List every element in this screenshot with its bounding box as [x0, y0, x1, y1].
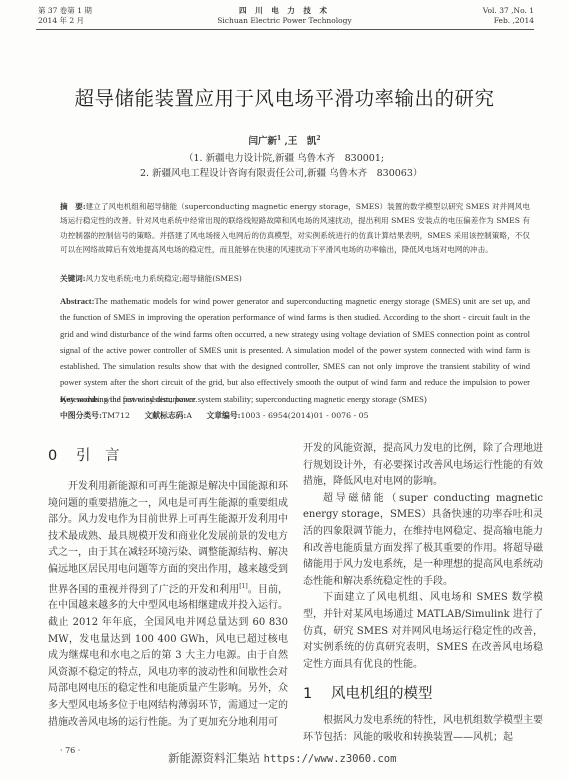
abstract-en-text: The mathematic models for wind power gen…	[60, 296, 530, 404]
body-paragraph-continued: 开发的风能资源，提高风力发电的比例，除了合理地进行规划设计外，有必要探讨改善风电…	[303, 441, 543, 491]
keywords-en: Key words: wind power system; power syst…	[60, 394, 530, 404]
section-number: 0	[48, 443, 76, 469]
paragraph-text: 。目前，在中国越来越多的大中型风电场相继建成并投入运行。截止 2012 年年底，…	[48, 584, 288, 728]
paper-title: 超导储能装置应用于风电场平滑功率输出的研究	[0, 83, 569, 111]
section-number: 1	[303, 681, 331, 707]
volume-issue-en: Vol. 37 ,No. 1	[483, 6, 534, 16]
keywords-cn-text: 风力发电系统;电力系统稳定;超导储能(SMES)	[86, 274, 242, 283]
abstract-cn-label: 摘 要:	[60, 202, 86, 211]
article-id-label: 文章编号:	[206, 411, 240, 420]
body-paragraph: 超导磁储能（super conducting magnetic energy s…	[303, 491, 543, 591]
date-en: Feb. ,2014	[483, 16, 534, 26]
doc-code-label: 文献标志码:	[144, 411, 186, 420]
article-id-value: 1003 - 6954(2014)01 - 0076 - 05	[241, 411, 369, 420]
page-number: · 76 ·	[60, 746, 80, 755]
issue-info-en: Vol. 37 ,No. 1 Feb. ,2014	[483, 6, 534, 26]
clc-label: 中图分类号:	[60, 411, 102, 420]
body-column-right: 开发的风能资源，提高风力发电的比例，除了合理地进行规划设计外，有必要探讨改善风电…	[303, 441, 543, 747]
citation-ref: [1]	[239, 583, 248, 590]
affiliation-2: 2. 新疆风电工程设计咨询有限责任公司,新疆 乌鲁木齐 830063）	[0, 165, 569, 179]
section-title: 风电机组的模型	[331, 686, 433, 702]
author-list: 闫广新1 ,王 凯2	[0, 133, 569, 147]
body-column-left: 0引 言 开发利用新能源和可再生能源是解决中国能源和环境问题的重要措施之一，风电…	[48, 443, 288, 731]
author-separator: ,	[281, 136, 288, 147]
clc-value: TM712	[102, 411, 130, 420]
keywords-en-text: wind power system; power system stabilit…	[102, 394, 427, 404]
classification-line: 中图分类号:TM712 文献标志码:A 文章编号:1003 - 6954(201…	[60, 410, 530, 421]
abstract-en: Abstract:The mathematic models for wind …	[60, 293, 530, 407]
section-heading-introduction: 0引 言	[48, 443, 288, 469]
watermark-url[interactable]: https://www.z3060.com	[264, 753, 397, 765]
author-name: 王 凯	[288, 136, 317, 147]
body-paragraph: 下面建立了风电机组、风电场和 SMES 数学模型，并针对某风电场通过 MATLA…	[303, 590, 543, 673]
watermark: 新能源资料汇集站 https://www.z3060.com	[168, 750, 396, 766]
abstract-cn: 摘 要:建立了风电机组和超导储能（superconducting magneti…	[60, 200, 530, 257]
doc-code-value: A	[186, 411, 192, 420]
header-rule	[36, 29, 534, 30]
keywords-cn-label: 关键词:	[60, 274, 86, 283]
affiliation-1: （1. 新疆电力设计院,新疆 乌鲁木齐 830001;	[0, 150, 569, 164]
abstract-en-label: Abstract:	[60, 296, 94, 306]
author-affil-ref: 2	[316, 135, 320, 142]
keywords-cn: 关键词:风力发电系统;电力系统稳定;超导储能(SMES)	[60, 273, 530, 284]
body-paragraph: 根据风力发电系统的特性，风电机组数学模型主要环节包括：风能的吸收和转换装置——风…	[303, 713, 543, 746]
section-heading-wind-turbine-model: 1风电机组的模型	[303, 681, 543, 707]
abstract-cn-text: 建立了风电机组和超导储能（superconducting magnetic en…	[60, 202, 530, 254]
author-name: 闫广新	[248, 136, 277, 147]
keywords-en-label: Key words:	[60, 394, 102, 404]
body-paragraph: 开发利用新能源和可再生能源是解决中国能源和环境问题的重要措施之一，风电是可再生能…	[48, 479, 288, 731]
paragraph-text: 开发利用新能源和可再生能源是解决中国能源和环境问题的重要措施之一，风电是可再生能…	[48, 481, 288, 595]
watermark-site-name: 新能源资料汇集站	[168, 751, 264, 765]
section-title: 引 言	[76, 448, 120, 464]
